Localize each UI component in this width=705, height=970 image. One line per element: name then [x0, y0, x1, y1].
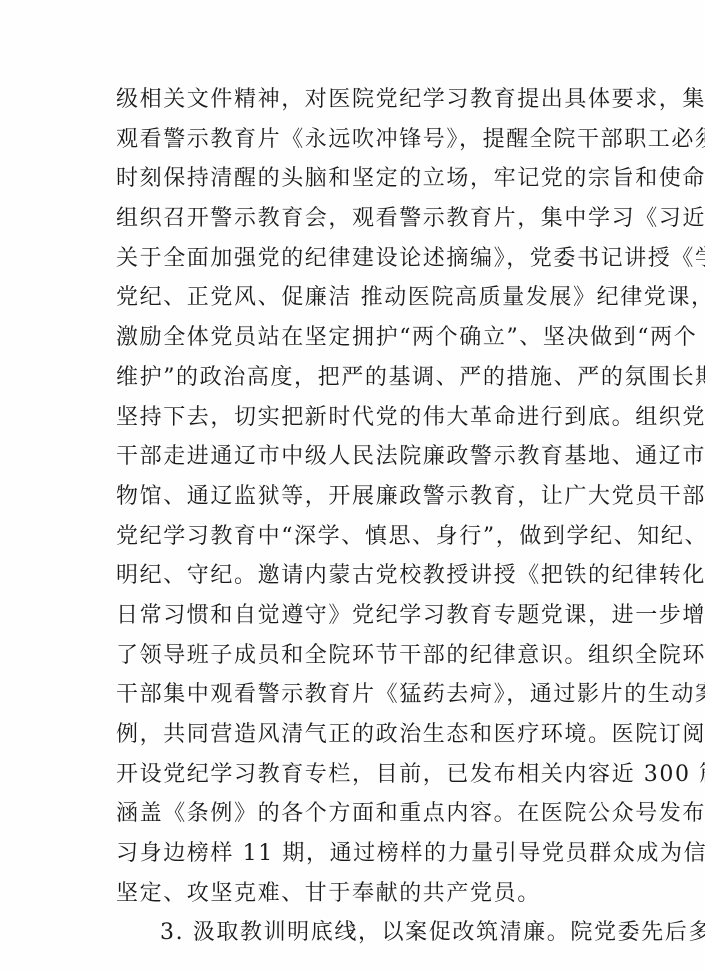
body-text: 级相关文件精神，对医院党纪学习教育提出具体要求，集中 观看警示教育片《永远吹冲锋…	[116, 80, 598, 953]
text-line: 例，共同营造风清气正的政治生态和医疗环境。医院订阅号	[116, 715, 598, 755]
text-line: 开设党纪学习教育专栏，目前，已发布相关内容近 300 篇，	[116, 755, 598, 795]
text-line: 干部集中观看警示教育片《猛药去疴》，通过影片的生动案	[116, 675, 598, 715]
text-line: 物馆、通辽监狱等，开展廉政警示教育，让广大党员干部在	[116, 477, 598, 517]
text-line: 坚持下去，切实把新时代党的伟大革命进行到底。组织党员	[116, 398, 598, 438]
text-line: 级相关文件精神，对医院党纪学习教育提出具体要求，集中	[116, 80, 598, 120]
text-line: 维护”的政治高度，把严的基调、严的措施、严的氛围长期	[116, 358, 598, 398]
text-line: 干部走进通辽市中级人民法院廉政警示教育基地、通辽市博	[116, 437, 598, 477]
text-line: 坚定、攻坚克难、甘于奉献的共产党员。	[116, 874, 598, 914]
text-line: 时刻保持清醒的头脑和坚定的立场，牢记党的宗旨和使命。	[116, 159, 598, 199]
document-page: 级相关文件精神，对医院党纪学习教育提出具体要求，集中 观看警示教育片《永远吹冲锋…	[0, 0, 705, 970]
text-line: 了领导班子成员和全院环节干部的纪律意识。组织全院环节	[116, 636, 598, 676]
page-number: 3	[0, 922, 705, 934]
text-line: 习身边榜样 11 期，通过榜样的力量引导党员群众成为信念	[116, 834, 598, 874]
text-line: 涵盖《条例》的各个方面和重点内容。在医院公众号发布学	[116, 794, 598, 834]
text-line: 日常习惯和自觉遵守》党纪学习教育专题党课，进一步增强	[116, 596, 598, 636]
text-line: 观看警示教育片《永远吹冲锋号》，提醒全院干部职工必须	[116, 120, 598, 160]
text-line: 党纪学习教育中“深学、慎思、身行”，做到学纪、知纪、	[116, 517, 598, 557]
text-line: 组织召开警示教育会，观看警示教育片，集中学习《习近平	[116, 199, 598, 239]
text-line: 激励全体党员站在坚定拥护“两个确立”、坚决做到“两个	[116, 318, 598, 358]
text-line: 明纪、守纪。邀请内蒙古党校教授讲授《把铁的纪律转化为	[116, 556, 598, 596]
text-line: 党纪、正党风、促廉洁 推动医院高质量发展》纪律党课，	[116, 278, 598, 318]
text-line: 关于全面加强党的纪律建设论述摘编》，党委书记讲授《学	[116, 239, 598, 279]
